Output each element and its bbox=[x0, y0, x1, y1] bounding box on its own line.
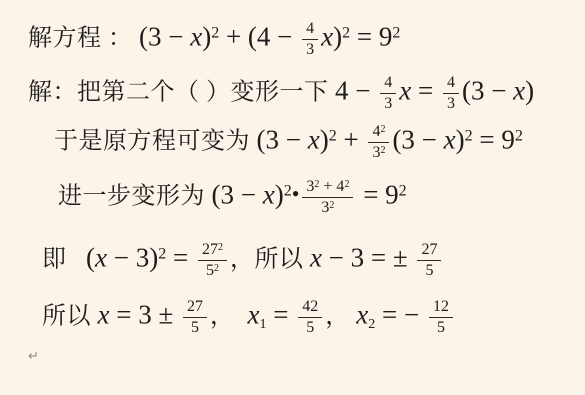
chinese-comma: ， bbox=[230, 247, 255, 273]
chinese-text: 解：把第二个（ ）变形一下 bbox=[28, 80, 335, 106]
math-text: ) bbox=[333, 22, 342, 52]
math-text: − 3) bbox=[107, 243, 158, 273]
math-text: ) bbox=[525, 76, 534, 106]
fraction-denominator: 52 bbox=[198, 261, 227, 280]
exponent: 2 bbox=[329, 200, 334, 211]
fraction-numerator: 4 bbox=[302, 20, 318, 40]
document-page: 解方程 ： (3 − x)2 + (4 − 43x)2 = 92 解：把第二个（… bbox=[0, 0, 585, 395]
fraction-numerator: 272 bbox=[198, 241, 227, 261]
exponent: 2 bbox=[392, 24, 400, 41]
multiplication-dot: • bbox=[292, 181, 300, 206]
solution-line-3: 于是原方程可变为 (3 − x)2 + 4232(3 − x)2 = 92 bbox=[54, 123, 523, 162]
subscript: 1 bbox=[260, 317, 267, 332]
math-text: = − bbox=[375, 300, 426, 330]
math-text: ( bbox=[86, 243, 95, 273]
chinese-text: 所以 bbox=[42, 304, 98, 330]
math-text: + (4 − bbox=[219, 22, 299, 52]
math-text: = bbox=[411, 76, 440, 106]
fraction-numerator: 27 bbox=[417, 241, 441, 261]
fraction-numerator: 42 bbox=[298, 298, 322, 318]
fraction: 27252 bbox=[198, 241, 227, 280]
math-text: + bbox=[337, 125, 366, 155]
fraction: 43 bbox=[443, 74, 459, 113]
solution-line-1: 解方程 ： (3 − x)2 + (4 − 43x)2 = 92 bbox=[28, 20, 400, 59]
math-variable: x bbox=[399, 76, 411, 106]
fraction-denominator: 3 bbox=[302, 40, 318, 59]
math-variable: x bbox=[248, 300, 260, 330]
fraction: 43 bbox=[302, 20, 318, 59]
exponent: 2 bbox=[399, 182, 407, 199]
math-text: = 3 ± bbox=[109, 300, 180, 330]
math-text: 5 bbox=[206, 262, 214, 279]
exponent: 2 bbox=[218, 242, 223, 253]
math-variable: x bbox=[513, 76, 525, 106]
fraction-numerator: 32 + 42 bbox=[302, 178, 353, 198]
math-variable: x bbox=[263, 180, 275, 210]
chinese-comma: ， bbox=[325, 304, 356, 330]
exponent: 2 bbox=[380, 145, 385, 156]
math-text: (3 − bbox=[139, 22, 190, 52]
math-text: = 9 bbox=[356, 180, 398, 210]
math-text: = bbox=[166, 243, 195, 273]
math-text: (3 − bbox=[392, 125, 443, 155]
fraction-denominator: 3 bbox=[443, 94, 459, 113]
fraction-denominator: 32 bbox=[302, 198, 353, 217]
chinese-text: 即 bbox=[42, 247, 86, 273]
chinese-text: 进一步变形为 bbox=[58, 184, 212, 210]
fraction-numerator: 4 bbox=[443, 74, 459, 94]
fraction: 425 bbox=[298, 298, 322, 337]
exponent: 2 bbox=[342, 24, 350, 41]
exponent: 2 bbox=[211, 24, 219, 41]
fraction-denominator: 5 bbox=[417, 261, 441, 280]
exponent: 2 bbox=[158, 245, 166, 262]
fraction-denominator: 32 bbox=[368, 143, 389, 162]
fraction-numerator: 42 bbox=[368, 123, 389, 143]
exponent: 2 bbox=[344, 179, 349, 190]
math-variable: x bbox=[444, 125, 456, 155]
exponent: 2 bbox=[465, 127, 473, 144]
math-variable: x bbox=[321, 22, 333, 52]
math-text: = bbox=[267, 300, 296, 330]
math-variable: x bbox=[308, 125, 320, 155]
math-text: − 3 = ± bbox=[322, 243, 415, 273]
fraction: 275 bbox=[417, 241, 441, 280]
math-text: = 9 bbox=[473, 125, 515, 155]
fraction: 4232 bbox=[368, 123, 389, 162]
math-variable: x bbox=[310, 243, 322, 273]
paragraph-return-mark-icon: ↵ bbox=[28, 349, 39, 364]
solution-line-2: 解：把第二个（ ）变形一下 4 − 43x = 43(3 − x) bbox=[28, 74, 534, 113]
chinese-text: 解方程 ： bbox=[28, 26, 139, 52]
exponent: 2 bbox=[329, 127, 337, 144]
fraction-denominator: 5 bbox=[183, 318, 207, 337]
exponent: 2 bbox=[380, 124, 385, 135]
math-text: 4 − bbox=[335, 76, 377, 106]
chinese-comma: ， bbox=[210, 304, 248, 330]
fraction: 275 bbox=[183, 298, 207, 337]
fraction: 125 bbox=[429, 298, 453, 337]
fraction-denominator: 5 bbox=[298, 318, 322, 337]
math-text: ) bbox=[275, 180, 284, 210]
math-variable: x bbox=[95, 243, 107, 273]
fraction-numerator: 27 bbox=[183, 298, 207, 318]
fraction: 32 + 4232 bbox=[302, 178, 353, 217]
math-text: ) bbox=[320, 125, 329, 155]
math-text: ) bbox=[456, 125, 465, 155]
math-variable: x bbox=[190, 22, 202, 52]
math-text: 27 bbox=[202, 241, 218, 258]
math-text: (3 − bbox=[462, 76, 513, 106]
math-text: (3 − bbox=[257, 125, 308, 155]
fraction-denominator: 5 bbox=[429, 318, 453, 337]
chinese-text: 于是原方程可变为 bbox=[54, 129, 257, 155]
exponent: 2 bbox=[515, 127, 523, 144]
exponent: 2 bbox=[214, 263, 219, 274]
solution-line-6: 所以 x = 3 ± 275， x1 = 425， x2 = − 125 bbox=[42, 298, 456, 337]
math-text: + 4 bbox=[319, 178, 344, 195]
solution-line-4: 进一步变形为 (3 − x)2•32 + 4232 = 92 bbox=[58, 178, 407, 217]
math-text: (3 − bbox=[212, 180, 263, 210]
math-variable: x bbox=[98, 300, 110, 330]
exponent: 2 bbox=[284, 182, 292, 199]
fraction-numerator: 4 bbox=[380, 74, 396, 94]
fraction-numerator: 12 bbox=[429, 298, 453, 318]
fraction-denominator: 3 bbox=[380, 94, 396, 113]
math-variable: x bbox=[356, 300, 368, 330]
fraction: 43 bbox=[380, 74, 396, 113]
math-text: ) bbox=[202, 22, 211, 52]
solution-line-5: 即 (x − 3)2 = 27252，所以 x − 3 = ± 275 bbox=[42, 241, 444, 280]
math-text: = 9 bbox=[350, 22, 392, 52]
chinese-text: 所以 bbox=[254, 247, 310, 273]
